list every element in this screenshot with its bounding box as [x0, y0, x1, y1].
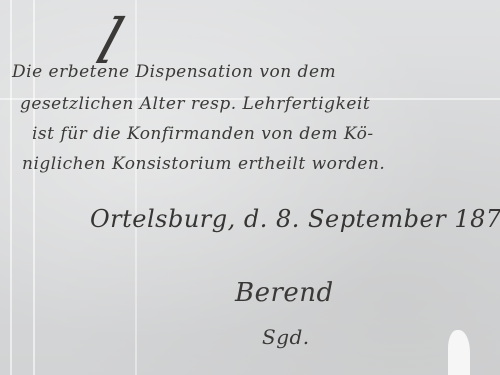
place-date: Ortelsburg, d. 8. September 1874 [90, 205, 500, 233]
body-line-3: ist für die Konfirmanden von dem Kö- [32, 124, 374, 144]
paper-fold [10, 0, 12, 375]
body-line-2: gesetzlichen Alter resp. Lehrfertigkeit [20, 94, 370, 114]
paper-fold [33, 0, 35, 375]
document-page: l Die erbetene Dispensation von dem gese… [0, 0, 500, 375]
body-line-1: Die erbetene Dispensation von dem [12, 62, 336, 82]
body-line-4: niglichen Konsistorium ertheilt worden. [22, 154, 385, 174]
signature: Berend [235, 278, 334, 308]
signature-suffix: Sgd. [262, 325, 310, 349]
paper-tear [448, 330, 470, 375]
paper-fold [135, 0, 137, 375]
